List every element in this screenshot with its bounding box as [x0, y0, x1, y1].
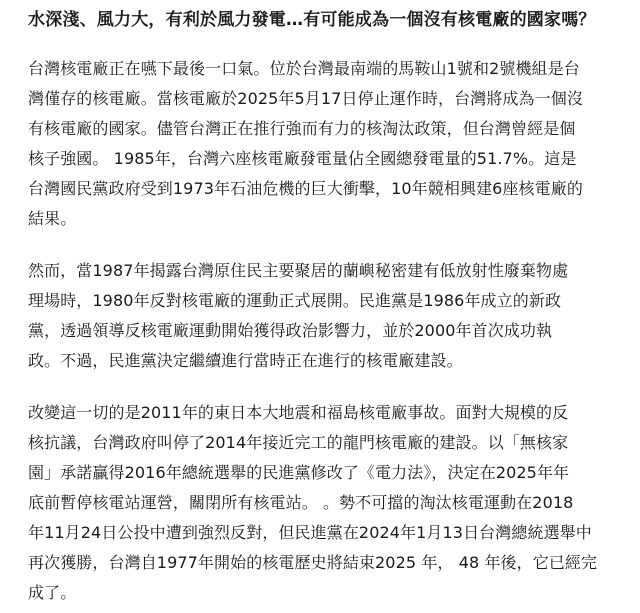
paragraph-2: 然而，當1987年揭露台灣原住民主要聚居的蘭嶼秘密建有低放射性廢棄物處 理場時，… [28, 256, 620, 376]
paragraph-1: 台灣核電廠正在嚥下最後一口氣。位於台灣最南端的馬鞍山1號和2號機組是台 灣僅存的… [28, 54, 620, 234]
text-line: 成了。 [28, 578, 620, 608]
text-line: 台灣核電廠正在嚥下最後一口氣。位於台灣最南端的馬鞍山1號和2號機組是台 [28, 54, 620, 84]
text-line: 理場時，1980年反對核電廠的運動正式展開。民進黨是1986年成立的新政 [28, 286, 620, 316]
text-line: 台灣國民黨政府受到1973年石油危機的巨大衝擊，10年競相興建6座核電廠的 [28, 174, 620, 204]
text-line: 黨，透過領導反核電廠運動開始獲得政治影響力，並於2000年首次成功執 [28, 316, 620, 346]
text-line: 然而，當1987年揭露台灣原住民主要聚居的蘭嶼秘密建有低放射性廢棄物處 [28, 256, 620, 286]
text-line: 再次獲勝，台灣自1977年開始的核電歷史將結束2025 年， 48 年後，它已經… [28, 548, 620, 578]
text-line: 年11月24日公投中遭到強烈反對，但民進黨在2024年1月13日台灣總統選舉中 [28, 518, 620, 548]
text-line: 結果。 [28, 204, 620, 234]
text-line: 核抗議，台灣政府叫停了2014年接近完工的龍門核電廠的建設。以「無核家 [28, 428, 620, 458]
article: 水深淺、風力大，有利於風力發電…有可能成為一個沒有核電廠的國家嗎？ 台灣核電廠正… [0, 0, 640, 608]
text-line: 灣僅存的核電廠。當核電廠於2025年5月17日停止運作時，台灣將成為一個沒 [28, 84, 620, 114]
text-line: 政。不過，民進黨決定繼續進行當時正在進行的核電廠建設。 [28, 346, 620, 376]
text-line: 底前暫停核電站運營，關閉所有核電站。 。勢不可擋的淘汰核電運動在2018 [28, 488, 620, 518]
text-line: 園」承諾贏得2016年總統選舉的民進黨修改了《電力法》，決定在2025年年 [28, 458, 620, 488]
article-title: 水深淺、風力大，有利於風力發電…有可能成為一個沒有核電廠的國家嗎？ [28, 8, 620, 32]
text-line: 有核電廠的國家。儘管台灣正在推行強而有力的核淘汰政策，但台灣曾經是個 [28, 114, 620, 144]
paragraph-3: 改變這一切的是2011年的東日本大地震和福島核電廠事故。面對大規模的反 核抗議，… [28, 398, 620, 608]
text-line: 核子強國。 1985年，台灣六座核電廠發電量佔全國總發電量的51.7%。這是 [28, 144, 620, 174]
text-line: 改變這一切的是2011年的東日本大地震和福島核電廠事故。面對大規模的反 [28, 398, 620, 428]
